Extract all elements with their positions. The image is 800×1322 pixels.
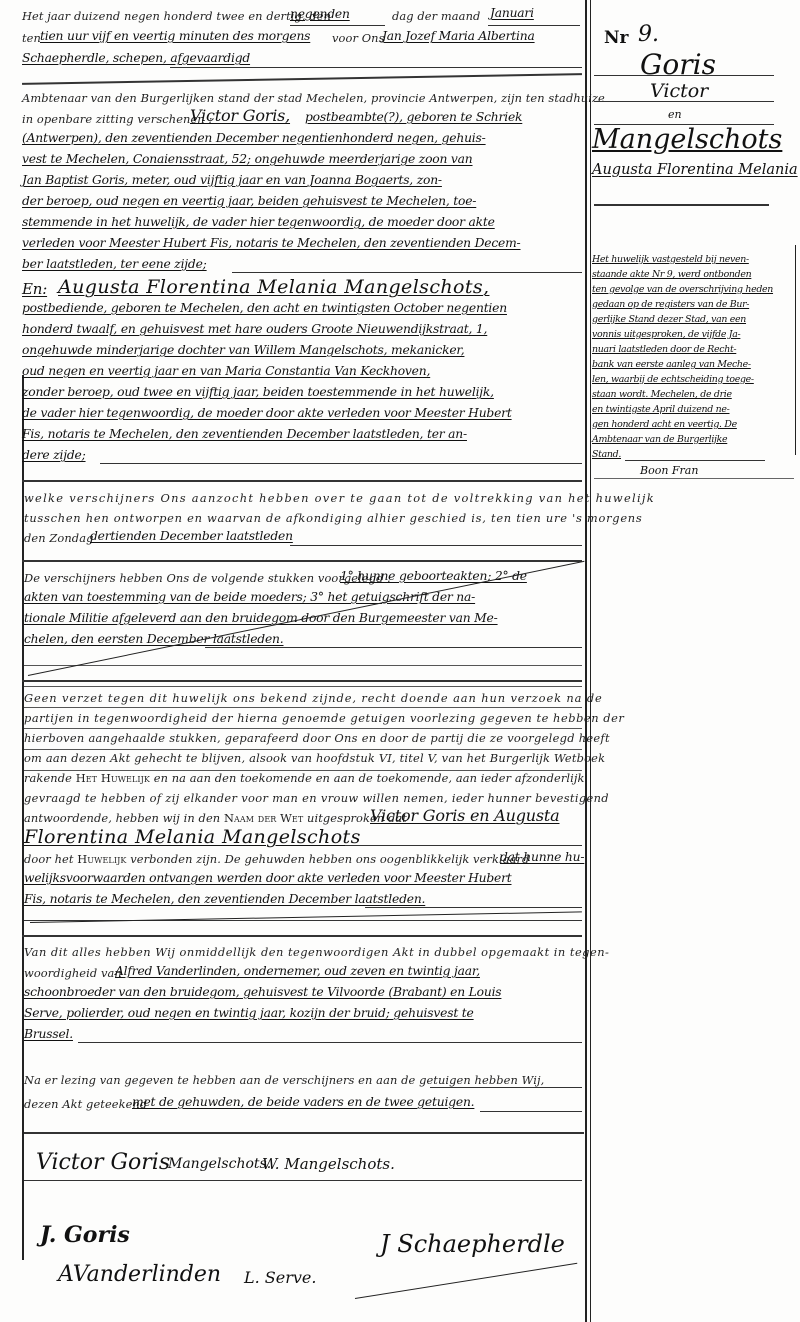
documents-hand-line-4: chelen, den eersten December laatstleden… (24, 632, 283, 646)
margin-note-line-6: vonnis uitgesproken, de vijfde Ja- (592, 329, 740, 340)
witnesses-printed-line-2: woordigheid van (24, 966, 122, 980)
margin-note-line-3: ten gevolge van de overschrijving heden (592, 284, 773, 295)
declaration-strike-line (30, 911, 582, 923)
witness-1: Alfred Vanderlinden, ondernemer, oud zev… (115, 964, 480, 978)
witnesses-hand-line-2: Serve, polierder, oud negen en twintig j… (24, 1006, 474, 1020)
declaration-hand-line-10: welijksvoorwaarden ontvangen werden door… (24, 871, 512, 885)
margin-groom-firstname: Victor (650, 80, 708, 102)
declaration-hand-line-11: Fis, notaris te Mechelen, den zeventiend… (24, 892, 425, 906)
margin-bride-surname: Mangelschots (592, 124, 782, 155)
declaration-line-7: antwoordende, hebben wij in den Naam der… (24, 811, 407, 825)
header-printed-3: ten (22, 31, 41, 45)
bride-name: Augusta Florentina Melania Mangelschots, (58, 276, 489, 298)
signature-groom: Victor Goris (36, 1150, 170, 1175)
margin-note-line-11: en twintigste April duizend ne- (592, 404, 730, 415)
signature-bride-father: W. Mangelschots. (262, 1155, 395, 1173)
margin-note-line-12: gen honderd acht en veertig. De (592, 419, 737, 430)
header-hand-time: tien uur vijf en veertig minuten des mor… (40, 29, 310, 43)
declaration-hand-line-9: dat hunne hu- (500, 850, 584, 864)
bride-line-4: oud negen en veertig jaar en van Maria C… (22, 364, 430, 378)
declaration-line-3: hierboven aangehaalde stukken, geparafee… (24, 731, 610, 745)
margin-number: 9. (638, 22, 659, 47)
bride-line-7: Fis, notaris te Mechelen, den zeventiend… (22, 427, 467, 441)
declaration-line-9: door het Huwelijk verbonden zijn. De geh… (24, 852, 529, 866)
bride-line-5: zonder beroep, oud twee en vijftig jaar,… (22, 385, 494, 399)
bride-line-2: honderd twaalf, en gehuisvest met hare o… (22, 322, 487, 336)
bride-line-6: de vader hier tegenwoordig, de moeder do… (22, 406, 512, 420)
margin-note-line-13: Ambtenaar van de Burgerlijke (592, 434, 727, 445)
bride-line-3: ongehuwde minderjarige dochter van Wille… (22, 343, 464, 357)
groom-name: Victor Goris, (190, 106, 290, 125)
appearance-hand-line-3: Jan Baptist Goris, meter, oud vijftig ja… (22, 173, 442, 187)
header-hand-official-2: Schaepherdle, schepen, afgevaardigd (22, 51, 250, 65)
closing-hand: met de gehuwden, de beide vaders en de t… (132, 1095, 474, 1109)
declaration-couple-names-1: Victor Goris en Augusta (370, 806, 559, 825)
declaration-line-9-a: door het (24, 852, 74, 866)
signature-official-flourish (355, 1263, 577, 1299)
closing-printed-line-1: Na er lezing van gegeven te hebben aan d… (24, 1073, 544, 1087)
declaration-line-5-b: en na aan den toekomende en aan de toeko… (154, 771, 585, 785)
declaration-naam-der-wet: Naam der Wet (224, 811, 303, 825)
documents-hand-line-1: 1° hunne geboorteakten; 2° de (340, 569, 527, 583)
declaration-line-4: om aan dezen Akt gehecht te blijven, als… (24, 751, 605, 765)
header-printed-4: voor Ons (332, 31, 385, 45)
appearance-hand-line-5: stemmende in het huwelijk, de vader hier… (22, 215, 495, 229)
declaration-het-huwelijk: Het Huwelijk (76, 771, 150, 785)
signature-official: J Schaepherdle (380, 1230, 565, 1258)
margin-column-rule-inner (590, 0, 591, 1322)
documents-hand-line-3: tionale Militie afgeleverd aan den bruid… (24, 611, 498, 625)
marriage-certificate-page: Het jaar duizend negen honderd twee en d… (0, 0, 800, 1322)
request-printed-2: tusschen hen ontworpen en waarvan de afk… (24, 511, 643, 525)
declaration-couple-names-2: Florentina Melania Mangelschots (24, 826, 361, 848)
signature-groom-father: J. Goris (40, 1222, 130, 1248)
header-hand-month: Januari (490, 6, 534, 20)
margin-number-label: Nr (604, 28, 629, 48)
bride-line-1: postbediende, geboren te Mechelen, den a… (22, 301, 507, 315)
request-printed-3: den Zondag (24, 531, 93, 545)
margin-note-line-2: staande akte Nr 9, werd ontbonden (592, 269, 751, 280)
margin-note-line-1: Het huwelijk vastgesteld bij neven- (592, 254, 749, 265)
declaration-line-9-b: verbonden zijn. De gehuwden hebben ons o… (130, 852, 529, 866)
appearance-hand-line-2: vest te Mechelen, Conaiensstraat, 52; on… (22, 152, 473, 166)
signature-witness-2: L. Serve. (244, 1268, 316, 1287)
margin-column-rule (585, 0, 587, 1322)
margin-note-line-14: Stand. (592, 449, 621, 460)
declaration-line-6: gevraagd te hebben of zij elkander voor … (24, 791, 609, 805)
request-printed-1: welke verschijners Ons aanzocht hebben o… (24, 491, 655, 505)
appearance-hand-line-4: der beroep, oud negen en veertig jaar, b… (22, 194, 476, 208)
documents-printed-label: De verschijners hebben Ons de volgende s… (24, 571, 391, 585)
declaration-line-1: Geen verzet tegen dit huwelijk ons beken… (24, 691, 603, 705)
witnesses-printed-line-1: Van dit alles hebben Wij onmiddellijk de… (24, 945, 609, 959)
declaration-line-7-a: antwoordende, hebben wij in den (24, 811, 220, 825)
appearance-printed-1: Ambtenaar van den Burgerlijken stand der… (22, 91, 605, 105)
signature-bride: Mangelschots. (168, 1156, 271, 1172)
margin-note-signature: Boon Fran (640, 464, 698, 477)
margin-groom-surname: Goris (640, 48, 716, 81)
margin-note-line-9: len, waarbij de echtscheiding toege- (592, 374, 754, 385)
margin-note-line-7: nuari laatstleden door de Recht- (592, 344, 736, 355)
appearance-printed-2: in openbare zitting verschenen : (22, 112, 212, 126)
header-printed-2: dag der maand (392, 9, 480, 23)
header-hand-official: Jan Jozef Maria Albertina (382, 29, 535, 43)
witnesses-hand-line-1: schoonbroeder van den bruidegom, gehuisv… (24, 985, 501, 999)
appearance-hand-line-7: ber laatstleden, ter eene zijde; (22, 257, 207, 271)
margin-note-line-10: staan wordt. Mechelen, de drie (592, 389, 732, 400)
header-printed-1: Het jaar duizend negen honderd twee en d… (22, 9, 331, 23)
closing-printed-line-2: dezen Akt geteekend (24, 1097, 147, 1111)
margin-note-right-rule (795, 245, 796, 455)
witnesses-hand-line-3: Brussel. (24, 1027, 73, 1041)
bride-line-8: dere zijde; (22, 448, 86, 462)
margin-note-line-4: gedaan op de registers van de Bur- (592, 299, 749, 310)
bride-prefix: En: (22, 280, 47, 298)
appearance-hand-line-6: verleden voor Meester Hubert Fis, notari… (22, 236, 521, 250)
declaration-huwelijk: Huwelijk (77, 852, 126, 866)
declaration-line-5-a: rakende (24, 771, 72, 785)
declaration-line-2: partijen in tegenwoordigheid der hierna … (24, 711, 624, 725)
margin-bride-firstnames: Augusta Florentina Melania (592, 162, 798, 178)
request-hand-date: dertienden December laatstleden (90, 529, 293, 543)
header-hand-day: negenden (290, 7, 380, 21)
signature-witness-1: AVanderlinden (58, 1262, 221, 1287)
groom-occupation: postbeambte(?), geboren te Schriek (305, 110, 522, 124)
declaration-line-5: rakende Het Huwelijk en na aan den toeko… (24, 771, 585, 785)
margin-note-line-8: bank van eerste aanleg van Meche- (592, 359, 751, 370)
margin-note-line-5: gerlijke Stand dezer Stad, van een (592, 314, 746, 325)
appearance-hand-line-1: (Antwerpen), den zeventienden December n… (22, 131, 486, 145)
margin-connector: en (668, 108, 682, 121)
